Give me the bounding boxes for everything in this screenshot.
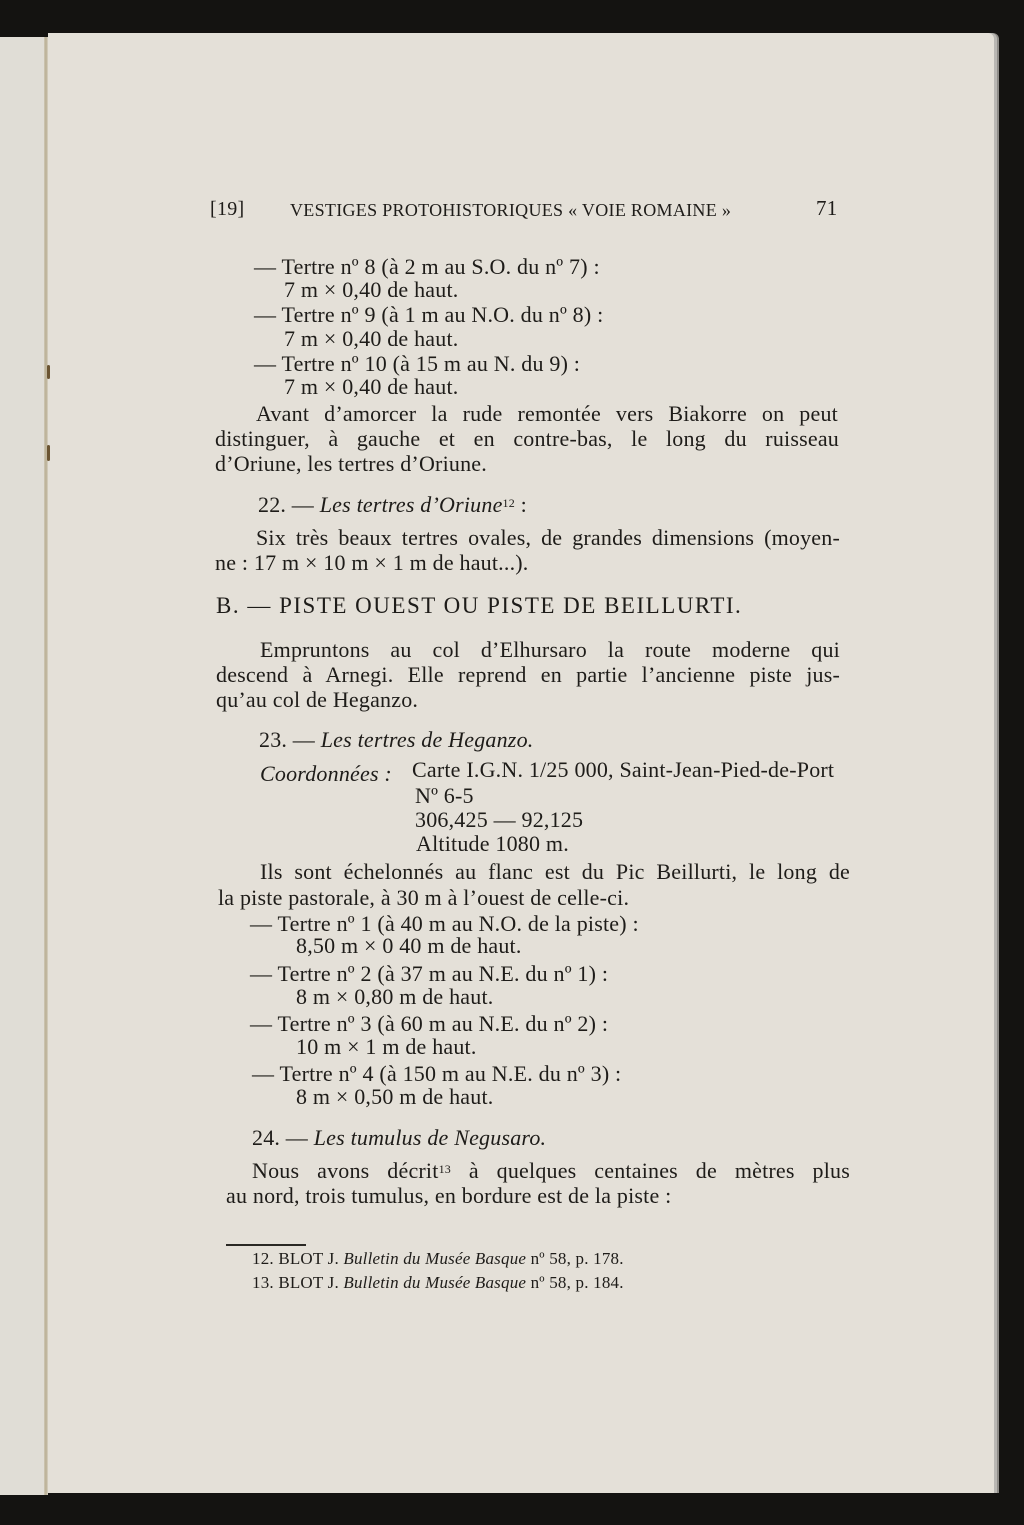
paragraph-line: d’Oriune, les tertres d’Oriune. [215,451,487,477]
list-item-dims: 8 m × 0,50 m de haut. [296,1084,493,1110]
footnote-author: BLOT J. [278,1273,339,1292]
footnote-ref-text: nº 58, p. 184. [531,1273,624,1292]
text: Nous avons décrit [252,1158,439,1183]
paragraph-line: ne : 17 m × 10 m × 1 m de haut...). [215,550,529,576]
footnote-ref[interactable]: 12 [503,496,515,510]
footnote-rule [226,1244,306,1246]
coordinate-line: Carte I.G.N. 1/25 000, Saint-Jean-Pied-d… [412,757,834,783]
list-item: — Tertre nº 9 (à 1 m au N.O. du nº 8) : [254,302,603,328]
section-number: [19] [210,196,245,222]
paragraph-line: Empruntons au col d’Elhursaro la route m… [260,637,840,663]
footnote: 13. BLOT J. Bulletin du Musée Basque nº … [252,1273,624,1293]
list-item-dims: 8,50 m × 0 40 m de haut. [296,933,522,959]
section-number: 22. — [258,492,314,517]
page-fold [44,37,48,1495]
page-number: 71 [816,195,837,221]
paragraph-line: Avant d’amorcer la rude remontée vers Bi… [256,401,838,427]
footnote: 12. BLOT J. Bulletin du Musée Basque nº … [252,1249,624,1269]
section-title: Les tertres d’Oriune [320,492,503,517]
section-24-heading: 24. — Les tumulus de Negusaro. [252,1125,546,1151]
section-22-heading: 22. — Les tertres d’Oriune12 : [258,492,527,518]
paragraph-line: Ils sont échelonnés au flanc est du Pic … [260,859,850,885]
section-title: Les tumulus de Negusaro. [314,1125,547,1150]
footnote-ref-text: nº 58, p. 178. [531,1249,624,1268]
footnote-journal: Bulletin du Musée Basque [343,1273,526,1292]
paragraph-line: la piste pastorale, à 30 m à l’ouest de … [218,885,629,911]
paragraph-line: descend à Arnegi. Elle reprend en partie… [216,662,840,688]
section-b-heading: B. — PISTE OUEST OU PISTE DE BEILLURTI. [216,593,742,619]
footnote-journal: Bulletin du Musée Basque [343,1249,526,1268]
paragraph-line: Six très beaux tertres ovales, de grande… [256,525,840,551]
paragraph-line: qu’au col de Heganzo. [216,687,418,713]
paragraph-line: au nord, trois tumulus, en bordure est d… [226,1183,671,1209]
list-item-dims: 10 m × 1 m de haut. [296,1034,477,1060]
binding-mark [47,365,50,379]
running-title: VESTIGES PROTOHISTORIQUES « VOIE ROMAINE… [290,197,731,223]
text: à quelques centaines de mètres plus [469,1158,850,1183]
coordinates-label: Coordonnées : [260,761,392,787]
footnote-number: 12. [252,1249,274,1268]
coordinate-line: Nº 6-5 [415,783,474,809]
coordinate-line: Altitude 1080 m. [416,831,569,857]
list-item-dims: 7 m × 0,40 de haut. [284,277,458,303]
list-item-dims: 7 m × 0,40 de haut. [284,374,458,400]
section-23-heading: 23. — Les tertres de Heganzo. [259,727,533,753]
footnote-author: BLOT J. [278,1249,339,1268]
coordinate-line: 306,425 — 92,125 [415,807,583,833]
heading-colon: : [521,492,527,517]
footnote-ref[interactable]: 13 [439,1162,451,1176]
paragraph-line: distinguer, à gauche et en contre-bas, l… [215,426,839,452]
section-number: 24. — [252,1125,308,1150]
section-title: Les tertres de Heganzo. [321,727,534,752]
list-item-dims: 7 m × 0,40 de haut. [284,326,458,352]
footnote-number: 13. [252,1273,274,1292]
facing-page-edge [0,37,46,1495]
list-item-dims: 8 m × 0,80 m de haut. [296,984,493,1010]
binding-mark [47,445,50,461]
paragraph-line: Nous avons décrit13 à quelques centaines… [252,1158,850,1184]
section-number: 23. — [259,727,315,752]
